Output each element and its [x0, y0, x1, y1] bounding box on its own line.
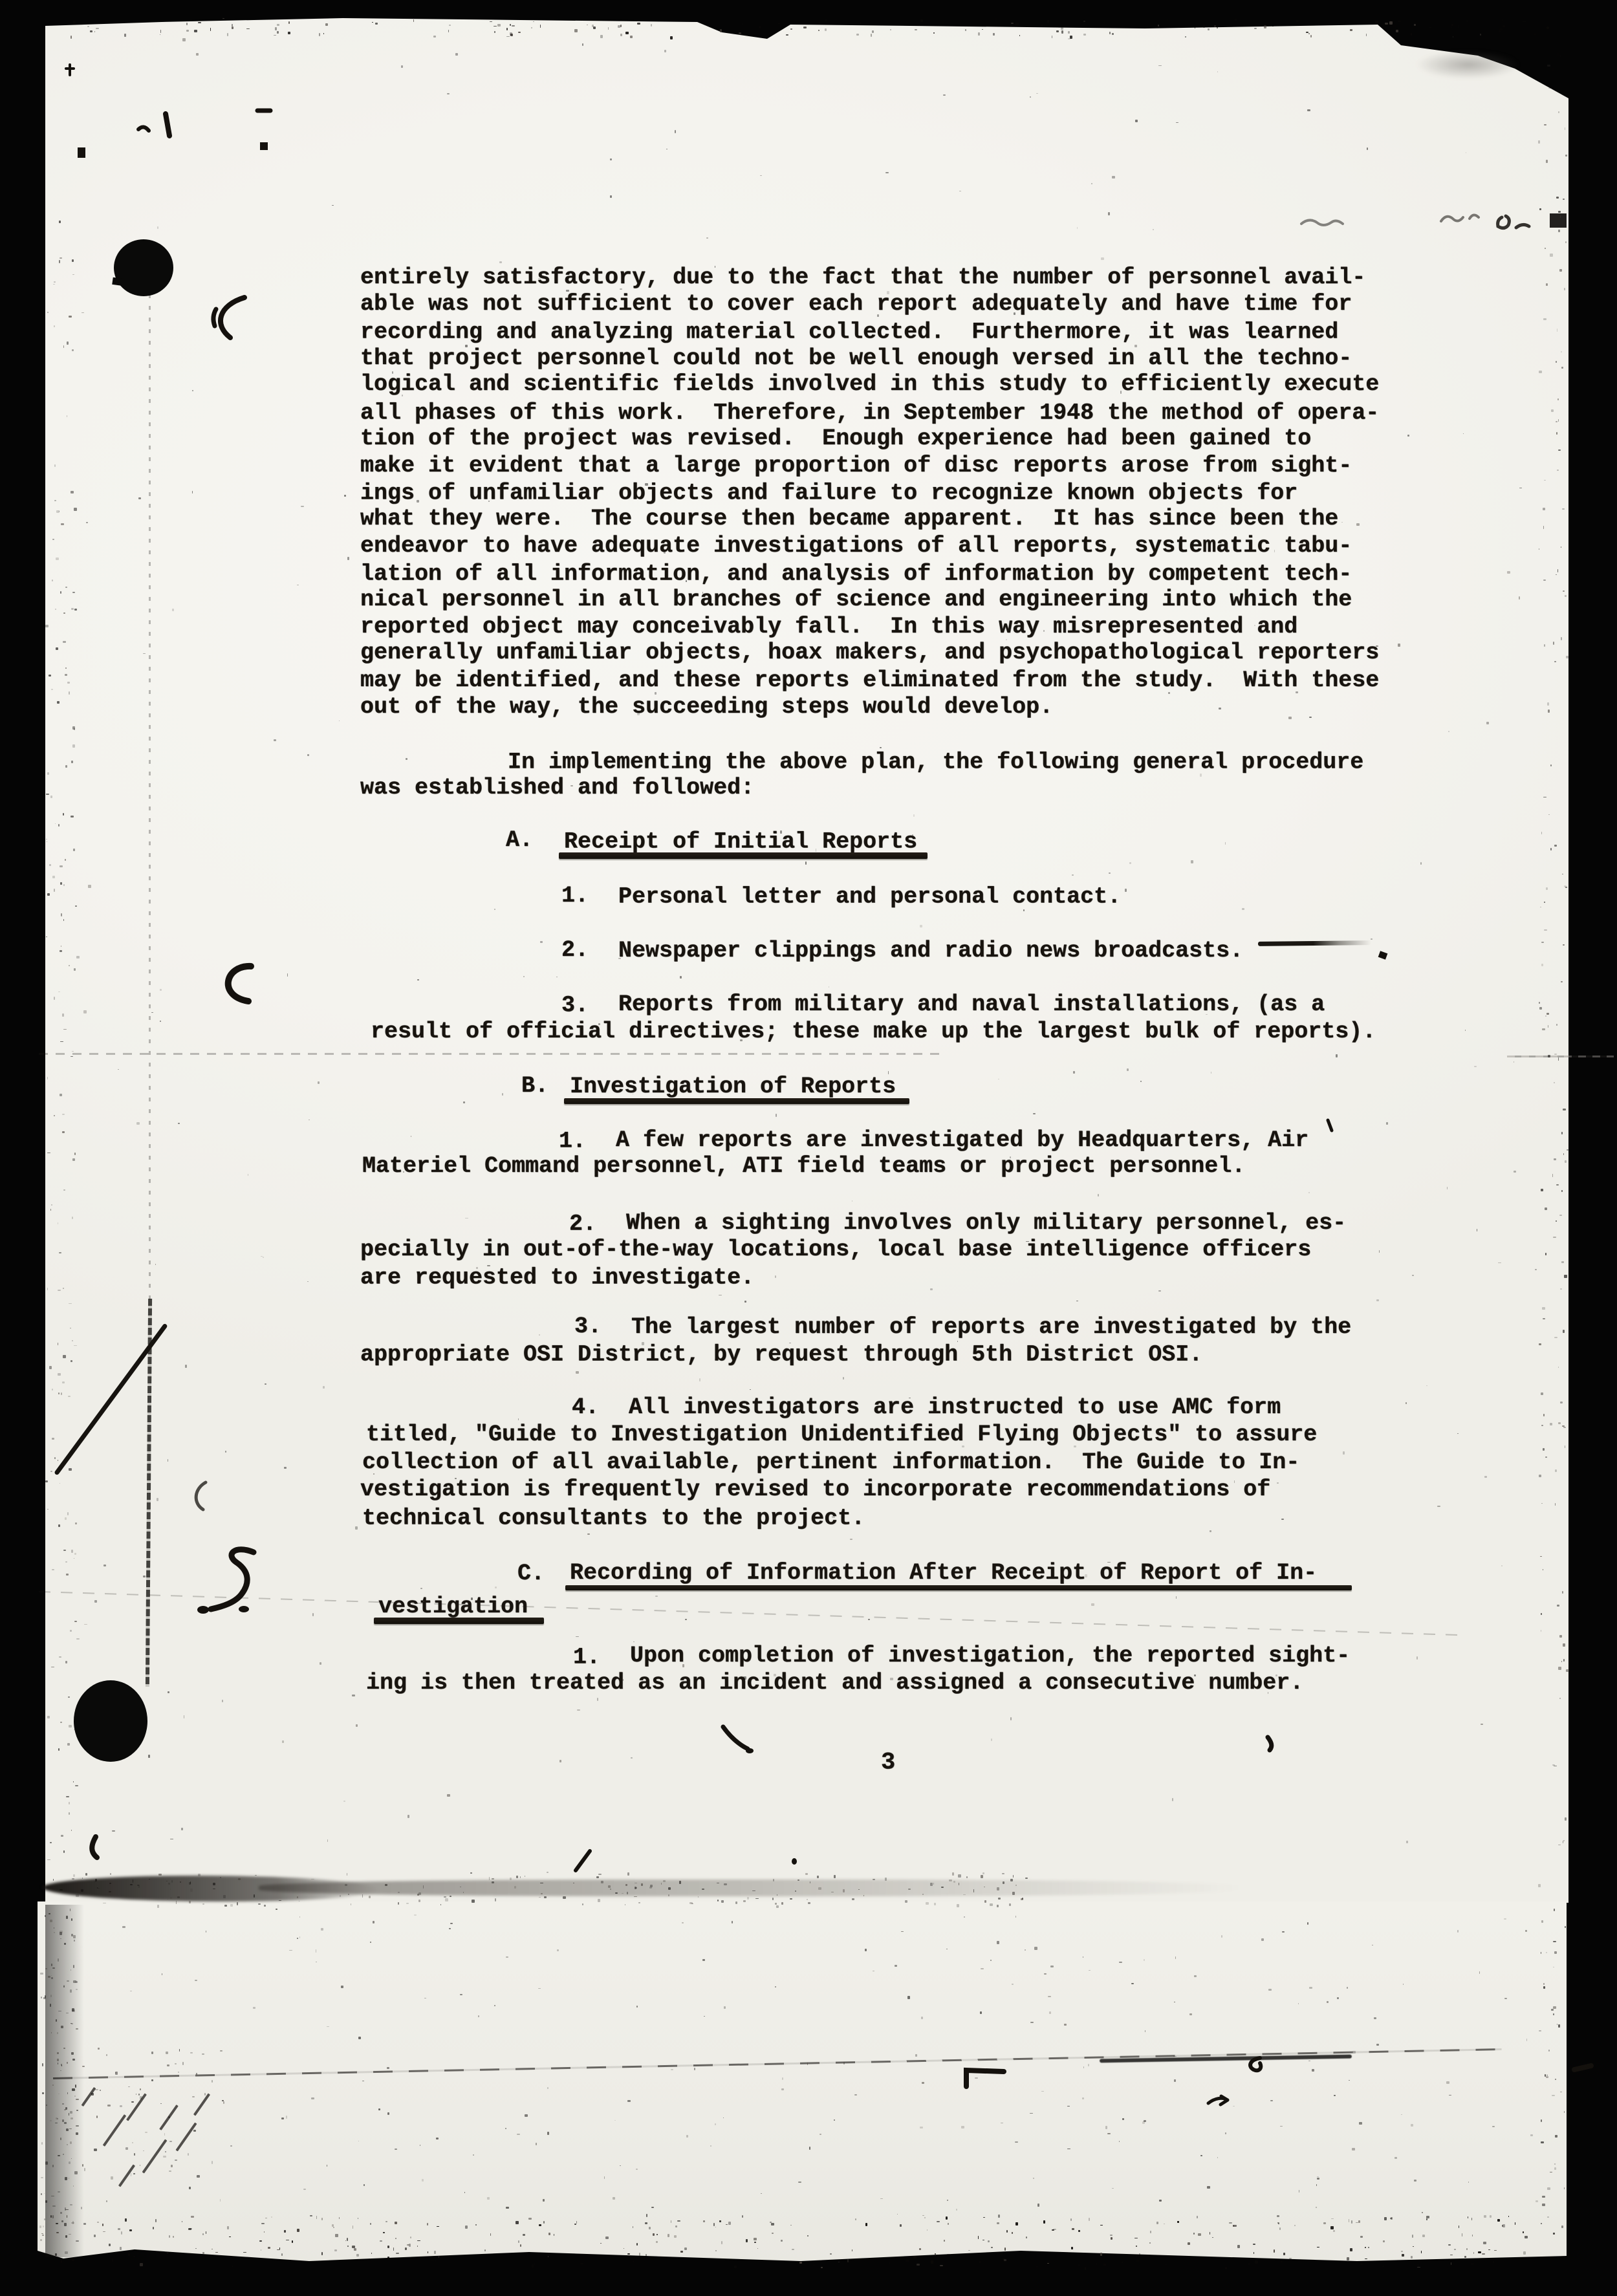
noise-speck: [494, 26, 497, 27]
noise-speck: [1546, 1952, 1547, 1953]
noise-speck: [189, 2187, 191, 2189]
noise-speck: [76, 2240, 79, 2242]
noise-speck: [47, 1153, 50, 1153]
noise-speck: [1548, 1025, 1548, 1028]
noise-speck: [1543, 1448, 1545, 1451]
text-line: Personal letter and personal contact.: [618, 884, 1121, 910]
noise-speck: [900, 2224, 902, 2227]
noise-speck: [1155, 363, 1156, 364]
noise-speck: [1561, 367, 1563, 369]
noise-speck: [52, 539, 54, 540]
noise-speck: [1176, 1596, 1177, 1599]
noise-speck: [1557, 2024, 1557, 2025]
noise-speck: [289, 1950, 292, 1951]
noise-speck: [202, 2053, 204, 2055]
noise-speck: [472, 1900, 475, 1903]
noise-speck: [554, 2234, 554, 2236]
noise-speck: [506, 1956, 508, 1958]
noise-speck: [69, 2113, 69, 2116]
noise-speck: [1156, 2222, 1158, 2224]
noise-speck: [96, 2116, 98, 2118]
noise-speck: [702, 1889, 704, 1890]
noise-speck: [608, 1885, 611, 1888]
noise-speck: [53, 284, 55, 285]
noise-speck: [543, 2221, 545, 2224]
noise-speck: [464, 2192, 465, 2193]
noise-speck: [72, 1158, 75, 1161]
noise-speck: [460, 1994, 462, 1995]
noise-speck: [1525, 2236, 1528, 2238]
noise-speck: [62, 1131, 65, 1133]
noise-speck: [1379, 1250, 1380, 1253]
text-line: appropriate OSI District, by request thr…: [360, 1342, 1202, 1368]
noise-speck: [465, 1218, 468, 1218]
noise-speck: [1025, 1878, 1028, 1879]
noise-speck: [1417, 2267, 1420, 2268]
noise-speck: [58, 2063, 58, 2064]
noise-speck: [1308, 33, 1310, 34]
noise-speck: [268, 2247, 270, 2249]
noise-speck: [82, 2164, 83, 2167]
noise-speck: [160, 989, 162, 991]
noise-speck: [810, 1881, 810, 1883]
noise-speck: [1437, 1506, 1440, 1507]
noise-speck: [655, 692, 657, 695]
noise-speck: [1109, 872, 1111, 874]
noise-speck: [1012, 1892, 1015, 1895]
noise-speck: [1356, 523, 1360, 526]
noise-speck: [920, 19, 923, 22]
noise-speck: [1068, 31, 1070, 34]
noise-speck: [597, 1698, 598, 1701]
noise-speck: [286, 2116, 287, 2119]
noise-speck: [71, 1830, 72, 1831]
noise-speck: [1507, 571, 1510, 574]
noise-speck: [759, 26, 761, 28]
noise-speck: [1070, 36, 1072, 39]
noise-speck: [185, 1365, 187, 1368]
noise-speck: [805, 861, 807, 865]
noise-speck: [1548, 709, 1550, 713]
noise-speck: [978, 32, 980, 36]
noise-speck: [1283, 2253, 1285, 2255]
noise-speck: [74, 1153, 76, 1155]
noise-speck: [58, 991, 60, 992]
noise-speck: [347, 2246, 349, 2247]
noise-speck: [134, 2153, 135, 2156]
noise-speck: [1490, 2215, 1492, 2218]
noise-speck: [1030, 2022, 1034, 2023]
noise-speck: [933, 1883, 934, 1885]
heading-underline: [559, 852, 928, 859]
noise-speck: [1466, 152, 1466, 153]
noise-speck: [94, 1881, 96, 1882]
noise-speck: [74, 1558, 74, 1559]
noise-speck: [1560, 55, 1561, 57]
noise-speck: [1416, 1656, 1418, 1660]
noise-speck: [71, 2052, 74, 2055]
noise-speck: [74, 609, 77, 611]
noise-speck: [1554, 1337, 1557, 1338]
noise-speck: [55, 2253, 57, 2256]
noise-speck: [956, 2209, 957, 2211]
noise-speck: [60, 1931, 63, 1933]
noise-speck: [71, 1360, 72, 1362]
noise-speck: [543, 2199, 545, 2202]
noise-speck: [327, 2165, 327, 2167]
noise-speck: [325, 23, 328, 26]
noise-speck: [67, 1980, 69, 1982]
noise-speck: [297, 585, 299, 585]
noise-speck: [1277, 2215, 1279, 2217]
noise-speck: [1056, 30, 1059, 32]
noise-speck: [1567, 2102, 1568, 2103]
noise-speck: [121, 2231, 122, 2235]
noise-speck: [73, 21, 76, 24]
noise-speck: [998, 1898, 1001, 1900]
noise-speck: [574, 2224, 576, 2225]
noise-speck: [1176, 122, 1178, 123]
noise-speck: [476, 1267, 478, 1269]
noise-speck: [1459, 2226, 1459, 2228]
noise-speck: [168, 1691, 169, 1693]
noise-speck: [1139, 2253, 1140, 2255]
noise-speck: [175, 2160, 177, 2161]
noise-speck: [71, 2023, 73, 2024]
noise-speck: [202, 1903, 204, 1905]
noise-speck: [450, 1896, 451, 1897]
noise-speck: [651, 2207, 654, 2208]
noise-speck: [1558, 1667, 1561, 1670]
noise-speck: [728, 2222, 731, 2225]
noise-speck: [1158, 1290, 1161, 1292]
noise-speck: [71, 761, 73, 763]
noise-speck: [494, 909, 495, 910]
noise-speck: [1514, 1061, 1514, 1063]
noise-speck: [165, 2151, 166, 2152]
noise-speck: [75, 1522, 77, 1524]
noise-speck: [76, 1638, 80, 1640]
noise-speck: [50, 1471, 52, 1472]
item-number: 4.: [572, 1394, 599, 1420]
noise-speck: [42, 2235, 44, 2236]
noise-speck: [1174, 2079, 1176, 2082]
noise-speck: [1237, 2245, 1240, 2248]
noise-speck: [53, 1879, 54, 1881]
noise-speck: [1548, 88, 1552, 89]
noise-speck: [237, 1902, 238, 1905]
noise-speck: [1298, 2003, 1299, 2004]
noise-speck: [1554, 2167, 1556, 2170]
noise-speck: [60, 2070, 61, 2071]
noise-speck: [54, 889, 55, 892]
noise-speck: [1562, 1425, 1565, 1427]
noise-speck: [766, 1224, 768, 1225]
noise-speck: [190, 1889, 193, 1892]
noise-speck: [1050, 1966, 1054, 1967]
noise-speck: [72, 2008, 74, 2011]
noise-speck: [913, 2256, 917, 2258]
noise-speck: [631, 1757, 633, 1759]
noise-speck: [60, 1722, 62, 1723]
noise-speck: [1557, 470, 1559, 471]
noise-speck: [1405, 1402, 1407, 1404]
noise-speck: [95, 2089, 98, 2090]
noise-speck: [136, 1122, 140, 1125]
noise-speck: [1011, 23, 1014, 24]
noise-speck: [84, 2168, 85, 2171]
noise-speck: [348, 1894, 349, 1895]
noise-speck: [192, 2096, 195, 2097]
noise-speck: [309, 1120, 310, 1120]
noise-speck: [232, 2266, 233, 2267]
noise-speck: [1030, 96, 1031, 98]
noise-speck: [212, 2161, 213, 2164]
noise-speck: [70, 1989, 72, 1993]
noise-speck: [1210, 1530, 1211, 1532]
noise-speck: [755, 1898, 759, 1899]
noise-speck: [50, 1995, 52, 1997]
noise-speck: [1550, 848, 1552, 850]
noise-speck: [947, 2254, 950, 2255]
noise-speck: [230, 1904, 233, 1907]
noise-speck: [1383, 2240, 1385, 2242]
noise-speck: [74, 968, 76, 971]
text-line: Newspaper clippings and radio news broad…: [618, 938, 1243, 964]
noise-speck: [133, 2256, 135, 2257]
noise-speck: [1194, 1674, 1196, 1676]
noise-speck: [1556, 361, 1557, 363]
noise-speck: [1307, 1922, 1308, 1925]
noise-speck: [702, 592, 703, 594]
noise-speck: [739, 32, 741, 34]
noise-speck: [1107, 1562, 1111, 1563]
noise-speck: [735, 1901, 737, 1904]
noise-speck: [997, 1941, 999, 1944]
noise-speck: [1336, 1054, 1338, 1057]
noise-speck: [533, 21, 534, 22]
noise-speck: [320, 1662, 321, 1665]
noise-speck: [1398, 644, 1400, 647]
noise-speck: [843, 1889, 845, 1892]
noise-speck: [1472, 2235, 1473, 2236]
noise-speck: [1543, 318, 1546, 320]
noise-speck: [1565, 127, 1565, 130]
noise-speck: [69, 1468, 72, 1471]
noise-speck: [484, 2249, 486, 2251]
noise-speck: [829, 986, 829, 988]
noise-speck: [400, 1609, 401, 1611]
noise-speck: [1450, 2255, 1453, 2255]
noise-speck: [525, 2114, 528, 2117]
noise-speck: [387, 2246, 389, 2248]
noise-speck: [72, 2088, 75, 2091]
noise-speck: [523, 976, 525, 977]
text-line: pecially in out-of-the-way locations, lo…: [360, 1237, 1311, 1262]
noise-speck: [997, 1905, 999, 1907]
noise-speck: [54, 1927, 54, 1929]
noise-speck: [333, 2227, 334, 2228]
noise-speck: [175, 2063, 177, 2064]
noise-speck: [56, 558, 59, 560]
heading-underline: [564, 1098, 909, 1104]
noise-speck: [622, 1679, 624, 1681]
noise-speck: [1125, 889, 1127, 892]
noise-speck: [222, 18, 224, 19]
text-line: Reports from military and naval installa…: [618, 991, 1325, 1017]
noise-speck: [1030, 2113, 1033, 2114]
noise-speck: [852, 1200, 852, 1202]
noise-speck: [87, 26, 89, 27]
noise-speck: [1070, 2218, 1072, 2221]
noise-speck: [1268, 1692, 1268, 1694]
noise-speck: [74, 1729, 75, 1730]
noise-speck: [182, 2062, 184, 2065]
noise-speck: [411, 1136, 411, 1137]
noise-speck: [798, 1879, 799, 1881]
noise-speck: [1309, 717, 1312, 718]
noise-speck: [715, 266, 715, 268]
noise-speck: [67, 682, 70, 684]
noise-speck: [67, 2215, 67, 2218]
noise-speck: [198, 1874, 201, 1876]
noise-speck: [920, 925, 922, 927]
noise-speck: [981, 1968, 984, 1969]
noise-speck: [497, 24, 501, 27]
noise-speck: [634, 1896, 637, 1897]
noise-speck: [75, 905, 77, 907]
noise-speck: [1557, 329, 1557, 332]
noise-speck: [694, 2068, 695, 2070]
noise-speck: [56, 2019, 57, 2022]
noise-speck: [963, 1894, 966, 1895]
noise-speck: [83, 2223, 86, 2225]
noise-speck: [1233, 2225, 1234, 2227]
noise-speck: [1556, 574, 1557, 575]
noise-speck: [1386, 1122, 1388, 1125]
noise-speck: [149, 1879, 150, 1879]
noise-speck: [65, 2177, 67, 2180]
text-line: The largest number of reports are invest…: [631, 1314, 1351, 1340]
noise-speck: [71, 36, 72, 39]
noise-speck: [1563, 94, 1567, 95]
noise-speck: [103, 2231, 105, 2232]
noise-speck: [58, 1343, 58, 1345]
noise-speck: [1544, 644, 1545, 647]
noise-speck: [58, 1524, 60, 1527]
noise-speck: [229, 2236, 231, 2237]
noise-speck: [1498, 1262, 1501, 1263]
noise-speck: [148, 1755, 150, 1758]
noise-speck: [1052, 36, 1052, 38]
noise-speck: [778, 23, 780, 24]
noise-speck: [1558, 449, 1561, 451]
noise-speck: [151, 2052, 153, 2054]
noise-speck: [284, 2230, 286, 2233]
noise-speck: [1563, 1153, 1564, 1155]
noise-speck: [1546, 283, 1548, 286]
noise-speck: [1546, 2076, 1548, 2078]
noise-speck: [1036, 2266, 1038, 2268]
noise-speck: [1280, 2126, 1283, 2127]
noise-speck: [1312, 2069, 1314, 2072]
noise-speck: [112, 1830, 115, 1832]
noise-speck: [46, 839, 47, 839]
noise-speck: [1185, 36, 1186, 38]
noise-speck: [405, 2247, 407, 2250]
noise-speck: [1034, 1947, 1037, 1950]
noise-speck: [991, 2247, 993, 2248]
text-line: all phases of this work. Therefore, in S…: [360, 400, 1379, 426]
noise-speck: [182, 38, 186, 41]
noise-speck: [323, 1386, 325, 1389]
noise-speck: [1248, 2263, 1250, 2265]
noise-speck: [776, 1905, 779, 1908]
noise-speck: [76, 1894, 79, 1897]
noise-speck: [67, 1512, 69, 1515]
noise-speck: [220, 1877, 221, 1878]
noise-speck: [279, 1900, 281, 1901]
noise-speck: [51, 1975, 52, 1976]
noise-speck: [1272, 26, 1274, 27]
noise-speck: [52, 579, 53, 581]
noise-speck: [248, 1174, 248, 1176]
noise-speck: [414, 1914, 417, 1916]
noise-speck: [667, 2234, 669, 2237]
noise-speck: [930, 1288, 933, 1290]
noise-speck: [449, 1928, 451, 1929]
noise-speck: [61, 2220, 63, 2222]
noise-speck: [1555, 2135, 1557, 2138]
noise-speck: [724, 2006, 726, 2009]
noise-speck: [1548, 1055, 1550, 1057]
noise-speck: [1477, 1229, 1477, 1231]
noise-speck: [274, 739, 276, 741]
noise-speck: [1564, 2111, 1565, 2113]
noise-speck: [1565, 595, 1567, 597]
noise-speck: [1188, 2242, 1190, 2245]
noise-speck: [60, 1889, 63, 1890]
noise-speck: [671, 2069, 673, 2070]
noise-speck: [1550, 254, 1553, 257]
noise-speck: [877, 314, 879, 317]
noise-speck: [351, 1903, 351, 1905]
noise-speck: [598, 1874, 602, 1875]
noise-speck: [1009, 1903, 1011, 1906]
noise-speck: [799, 2262, 802, 2264]
text-line: are requested to investigate.: [360, 1265, 754, 1291]
noise-speck: [1545, 1253, 1546, 1255]
noise-speck: [157, 226, 158, 229]
noise-speck: [371, 2253, 372, 2254]
noise-speck: [686, 580, 687, 582]
noise-speck: [191, 2216, 194, 2218]
noise-speck: [67, 341, 69, 345]
noise-speck: [1541, 2119, 1542, 2122]
noise-speck: [69, 316, 72, 318]
noise-speck: [110, 1873, 111, 1875]
noise-speck: [65, 859, 66, 861]
noise-speck: [73, 1874, 75, 1877]
noise-speck: [818, 1887, 821, 1890]
noise-speck: [1453, 36, 1453, 38]
noise-speck: [1158, 25, 1159, 27]
noise-speck: [1543, 1569, 1543, 1570]
noise-speck: [465, 2226, 468, 2229]
noise-speck: [54, 1457, 56, 1459]
noise-speck: [1493, 2261, 1494, 2263]
noise-speck: [934, 1903, 936, 1905]
